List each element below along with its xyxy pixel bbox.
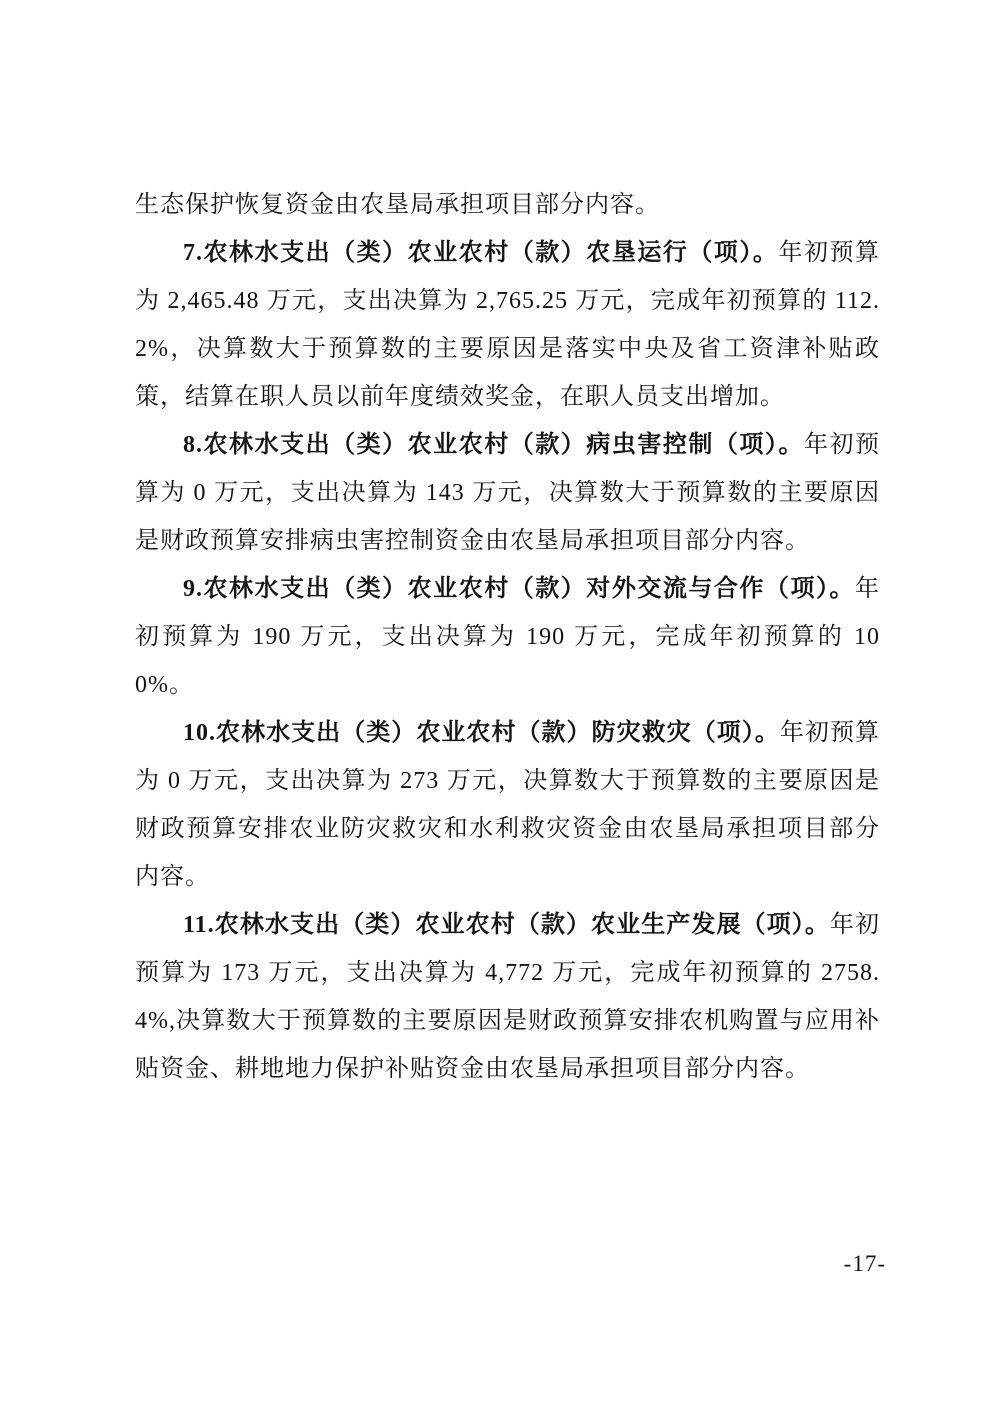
paragraph: 9.农林水支出（类）农业农村（款）对外交流与合作（项）。年初预算为 190 万元… [135, 565, 880, 709]
paragraph-heading-text: 10.农林水支出（类）农业农村（款）防灾救灾（项）。 [183, 720, 780, 746]
document-body: 生态保护恢复资金由农垦局承担项目部分内容。7.农林水支出（类）农业农村（款）农垦… [135, 181, 880, 1093]
document-page: 生态保护恢复资金由农垦局承担项目部分内容。7.农林水支出（类）农业农村（款）农垦… [0, 0, 1000, 1414]
page-number: -17- [844, 1250, 886, 1278]
paragraph: 11.农林水支出（类）农业农村（款）农业生产发展（项）。年初预算为 173 万元… [135, 901, 880, 1093]
paragraph: 10.农林水支出（类）农业农村（款）防灾救灾（项）。年初预算为 0 万元，支出决… [135, 709, 880, 901]
paragraph-heading-text: 7.农林水支出（类）农业农村（款）农垦运行（项）。 [183, 240, 778, 266]
paragraph-heading-text: 9.农林水支出（类）农业农村（款）对外交流与合作（项）。 [183, 576, 855, 602]
paragraph: 生态保护恢复资金由农垦局承担项目部分内容。 [135, 181, 880, 229]
paragraph: 7.农林水支出（类）农业农村（款）农垦运行（项）。年初预算为 2,465.48 … [135, 229, 880, 421]
paragraph: 8.农林水支出（类）农业农村（款）病虫害控制（项）。年初预算为 0 万元，支出决… [135, 421, 880, 565]
paragraph-body-text: 生态保护恢复资金由农垦局承担项目部分内容。 [135, 192, 660, 218]
paragraph-heading-text: 11.农林水支出（类）农业农村（款）农业生产发展（项）。 [183, 912, 830, 938]
paragraph-heading-text: 8.农林水支出（类）农业农村（款）病虫害控制（项）。 [183, 432, 804, 458]
